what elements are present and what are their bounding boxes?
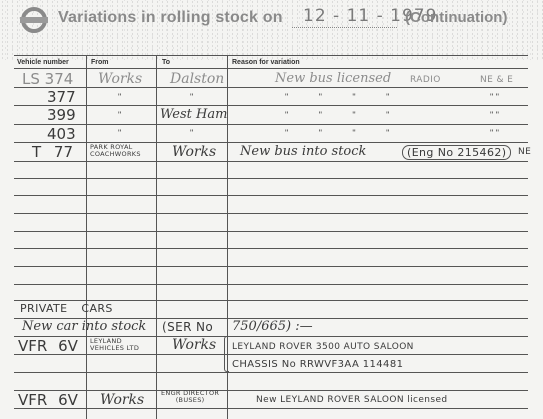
row-divider (14, 408, 528, 409)
column-divider (156, 55, 157, 419)
column-divider (86, 55, 87, 419)
column-header-vehicle-number: Vehicle number (17, 59, 69, 66)
private-car-2-from: Works (100, 392, 144, 408)
row-1-reason-note: NE & E (480, 75, 513, 85)
row-3-to: West Ham (160, 107, 227, 122)
ser-number-label: (SER No (162, 320, 213, 334)
private-car-entry-text: New car into stock (22, 319, 146, 334)
private-car-1-to: Works (172, 337, 216, 353)
row-2-from: " (118, 92, 121, 102)
row-2-reason: " " " " (285, 92, 389, 102)
row-4-vehicle: 403 (47, 125, 76, 143)
private-cars-title: PRIVATE CARS (20, 302, 113, 315)
row-5-vehicle: T 77 (32, 143, 73, 161)
private-car-2-reason: New LEYLAND ROVER SALOON licensed (256, 395, 448, 405)
row-divider (14, 354, 528, 355)
ser-number-value: 750/665) :— (232, 319, 313, 334)
row-4-reason: " " " " (285, 128, 389, 138)
row-2-vehicle: 377 (47, 88, 76, 106)
row-1-to: Dalston (170, 71, 224, 87)
private-car-2-to: ENGR DIRECTOR (BUSES) (161, 390, 219, 404)
row-4-reason-note: " " (490, 128, 499, 138)
row-4-to: " (190, 128, 193, 138)
row-5-reason-note: NE (518, 147, 531, 157)
row-3-from: " (118, 110, 121, 120)
private-car-2-vehicle: VFR 6V (18, 391, 78, 409)
private-car-1-from-line2: VEHICLES LTD (90, 345, 139, 352)
private-car-2-to-line2: (BUSES) (161, 397, 219, 404)
row-divider (14, 266, 528, 267)
row-divider (14, 87, 528, 88)
row-divider (14, 231, 528, 232)
row-5-reason-extra: (Eng No 215462) (402, 145, 511, 160)
private-car-1-reason-line2: CHASSIS No RRWVF3AA 114481 (232, 359, 403, 370)
row-divider (14, 372, 528, 373)
row-divider (14, 248, 528, 249)
row-1-from: Works (98, 71, 142, 87)
row-divider (14, 124, 528, 125)
column-header-reason: Reason for variation (232, 59, 300, 66)
private-car-1-from: LEYLAND VEHICLES LTD (90, 338, 139, 352)
row-divider (14, 300, 528, 301)
row-divider (14, 213, 528, 214)
row-5-from: PARK ROYAL COACHWORKS (90, 144, 141, 158)
row-5-from-line2: COACHWORKS (90, 151, 141, 158)
row-divider (14, 284, 528, 285)
row-1-reason-extra: RADIO (410, 75, 441, 85)
row-3-reason: " " " " (285, 110, 389, 120)
row-2-reason-note: " " (490, 92, 499, 102)
row-4-from: " (118, 128, 121, 138)
column-header-from: From (91, 59, 109, 66)
row-5-reason: New bus into stock (240, 144, 366, 159)
header-bottom-border (14, 68, 528, 69)
row-5-to: Works (172, 144, 216, 160)
row-1-vehicle: LS 374 (22, 70, 73, 88)
row-divider (14, 195, 528, 196)
column-header-to: To (162, 59, 170, 66)
brace-bracket (224, 336, 229, 372)
row-3-vehicle: 399 (47, 106, 76, 124)
variation-table: Vehicle number From To Reason for variat… (0, 0, 543, 419)
private-car-1-vehicle: VFR 6V (18, 337, 78, 355)
row-divider (14, 161, 528, 162)
row-divider (14, 105, 528, 106)
private-car-1-reason-line1: LEYLAND ROVER 3500 AUTO SALOON (232, 342, 414, 352)
row-divider (14, 178, 528, 179)
table-top-border (14, 55, 528, 56)
row-2-to: " (190, 92, 193, 102)
row-1-reason: New bus licensed (275, 71, 391, 86)
row-divider (14, 390, 528, 391)
row-3-reason-note: " " (490, 110, 499, 120)
